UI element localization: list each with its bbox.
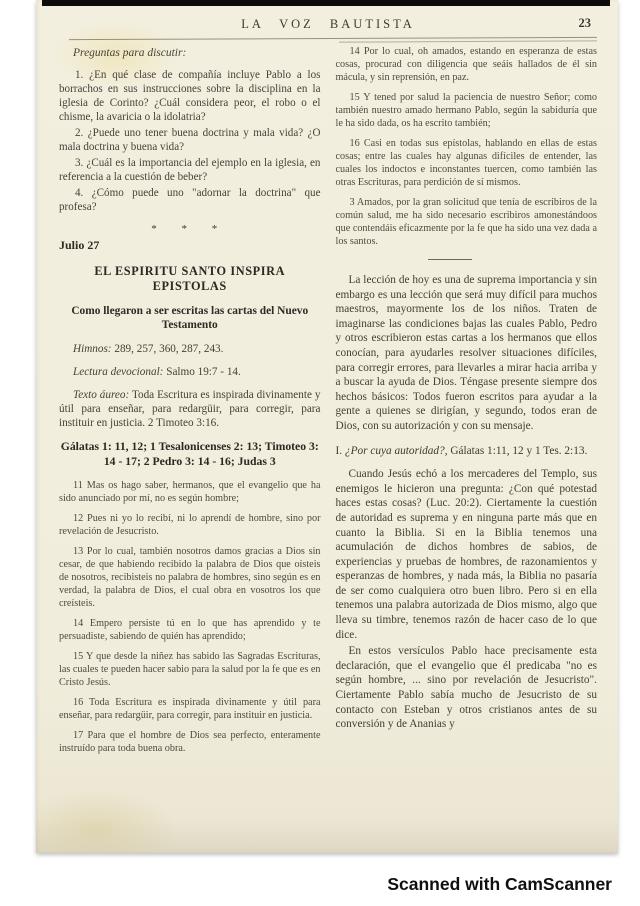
question-number: 4. (59, 187, 83, 199)
section-divider-rule (428, 259, 472, 260)
verse-number: 12 (59, 513, 83, 524)
question-item: 3. ¿Cuál es la importancia del ejemplo e… (59, 156, 321, 184)
verse-text: Empero persiste tú en lo que has aprendi… (59, 618, 321, 642)
page-content: LA VOZ BAUTISTA 23 Preguntas para discut… (36, 0, 618, 762)
scripture-references: Gálatas 1: 11, 12; 1 Tesalonicenses 2: 1… (59, 439, 321, 469)
verse-item: 12 Pues ni yo lo recibí, ni lo aprendí d… (59, 512, 321, 538)
verse-item: 16 Toda Escritura es inspirada divinamen… (59, 696, 321, 722)
lectura-value: Salmo 19:7 - 14. (166, 366, 241, 378)
question-item: 2. ¿Puede uno tener buena doctrina y mal… (59, 126, 321, 154)
himnos-line: Himnos: 289, 257, 360, 287, 243. (59, 342, 321, 356)
lesson-date: Julio 27 (59, 238, 321, 253)
question-item: 4. ¿Cómo puede uno "adornar la doctrina"… (59, 186, 321, 214)
verse-item: 11 Mas os hago saber, hermanos, que el e… (59, 479, 321, 505)
outline-point-heading: I. ¿Por cuya autoridad?, Gálatas 1:11, 1… (336, 444, 598, 459)
question-number: 1. (59, 69, 83, 81)
himnos-value: 289, 257, 360, 287, 243. (114, 343, 223, 355)
verse-number: 15 (336, 92, 360, 103)
verse-item: 14 Empero persiste tú en lo que has apre… (59, 617, 321, 643)
verse-text: Amados, por la gran solicitud que tenía … (336, 197, 598, 247)
left-column: Preguntas para discutir: 1. ¿En qué clas… (59, 45, 321, 762)
verse-number: 17 (59, 730, 83, 741)
verse-text: Pues ni yo lo recibí, ni lo aprendí de h… (59, 513, 321, 537)
commentary-paragraph: En estos versículos Pablo hace precisame… (336, 644, 598, 732)
question-text: ¿Cuál es la importancia del ejemplo en l… (59, 157, 320, 183)
lesson-paragraph: La lección de hoy es una de suprema impo… (336, 273, 598, 434)
verse-number: 14 (336, 46, 360, 57)
camscanner-watermark: Scanned with CamScanner (387, 874, 612, 898)
scanned-magazine-page: LA VOZ BAUTISTA 23 Preguntas para discut… (36, 0, 618, 853)
outline-title: ¿Por cuya autoridad?, (345, 445, 448, 457)
verse-text: Y tened por salud la paciencia de nuestr… (336, 92, 598, 129)
himnos-label: Himnos: (73, 343, 112, 355)
verse-text: Por lo cual, oh amados, estando en esper… (336, 46, 598, 83)
verse-item: 14 Por lo cual, oh amados, estando en es… (336, 45, 598, 84)
verse-number: 11 (59, 480, 83, 491)
verse-text: Y que desde la niñez has sabido las Sagr… (59, 651, 321, 688)
verse-text: Mas os hago saber, hermanos, que el evan… (59, 480, 321, 504)
verse-text: Casi en todas sus epístolas, hablando en… (336, 138, 598, 188)
verse-text: Toda Escritura es inspirada divinamente … (59, 697, 320, 721)
commentary-paragraph: Cuando Jesús echó a los mercaderes del T… (336, 467, 598, 642)
texto-aureo-label: Texto áureo: (59, 389, 129, 401)
question-number: 2. (59, 127, 83, 139)
lesson-title: EL ESPIRITU SANTO INSPIRA EPISTOLAS (71, 264, 309, 294)
header-rule-secondary (339, 40, 597, 42)
texto-aureo-line: Texto áureo: Toda Escritura es inspirada… (59, 388, 321, 430)
verse-text: Por lo cual, también nosotros damos grac… (59, 546, 321, 609)
verse-item: 17 Para que el hombre de Dios sea perfec… (59, 729, 321, 755)
verse-number: 14 (59, 618, 83, 629)
section-separator: * * * (59, 223, 321, 235)
verse-item: 16 Casi en todas sus epístolas, hablando… (336, 137, 598, 189)
right-column: 14 Por lo cual, oh amados, estando en es… (336, 45, 598, 762)
page-header: LA VOZ BAUTISTA 23 (59, 15, 597, 37)
scan-top-edge-bar (42, 0, 610, 6)
lectura-line: Lectura devocional: Salmo 19:7 - 14. (59, 365, 321, 379)
verse-item: 13 Por lo cual, también nosotros damos g… (59, 545, 321, 610)
verse-number: 16 (59, 697, 83, 708)
verse-item: 15 Y tened por salud la paciencia de nue… (336, 91, 598, 130)
verse-item: 3 Amados, por la gran solicitud que tení… (336, 196, 598, 248)
question-number: 3. (59, 157, 83, 169)
page-number: 23 (579, 16, 592, 31)
question-text: ¿En qué clase de compañía incluye Pablo … (59, 69, 321, 123)
verse-number: 16 (336, 138, 360, 149)
screenshot-canvas: LA VOZ BAUTISTA 23 Preguntas para discut… (0, 0, 640, 906)
verse-item: 15 Y que desde la niñez has sabido las S… (59, 650, 321, 689)
outline-reference: Gálatas 1:11, 12 y 1 Tes. 2:13. (450, 445, 587, 457)
verse-number: 15 (59, 651, 83, 662)
lesson-subtitle: Como llegaron a ser escritas las cartas … (59, 304, 321, 332)
question-item: 1. ¿En qué clase de compañía incluye Pab… (59, 68, 321, 124)
verse-text: Para que el hombre de Dios sea perfecto,… (59, 730, 321, 754)
questions-heading: Preguntas para discutir: (73, 47, 321, 59)
question-text: ¿Puede uno tener buena doctrina y mala v… (59, 127, 321, 153)
header-rule (69, 37, 597, 40)
lectura-label: Lectura devocional: (73, 366, 163, 378)
verse-number: 3 (336, 197, 355, 208)
outline-number: I. (336, 445, 343, 457)
two-column-layout: Preguntas para discutir: 1. ¿En qué clas… (59, 45, 597, 762)
publication-title: LA VOZ BAUTISTA (59, 17, 597, 32)
verse-number: 13 (59, 546, 83, 557)
question-text: ¿Cómo puede uno "adornar la doctrina" qu… (59, 187, 321, 213)
